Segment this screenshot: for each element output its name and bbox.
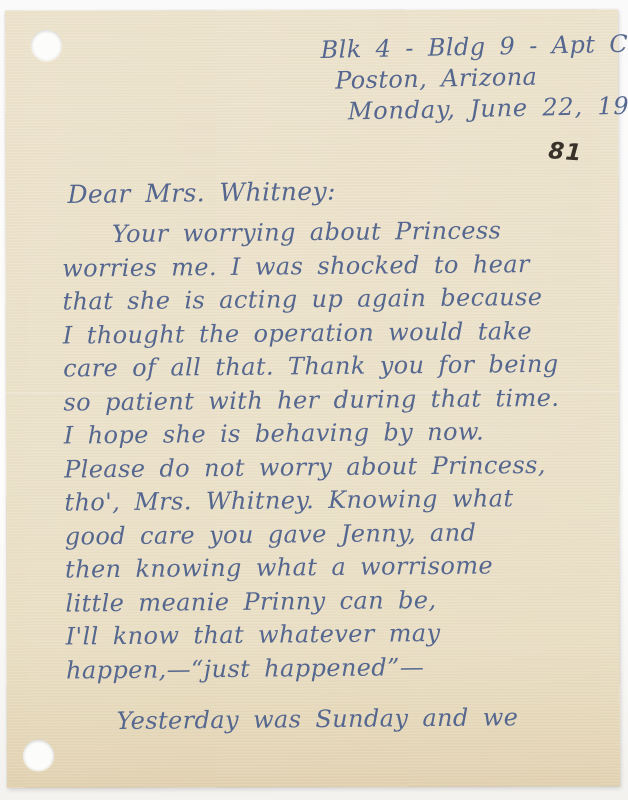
letter-line: good care you gave Jenny, and [65, 515, 610, 554]
scanned-letter-scene: Blk 4 - Bldg 9 - Apt C Poston, Arizona M… [0, 0, 628, 800]
letter-line: Yesterday was Sunday and we [66, 700, 611, 739]
letter-line: tho', Mrs. Whitney. Knowing what [64, 481, 609, 520]
letter-line: so patient with her during that time. [63, 381, 608, 420]
letter-line: little meanie Prinny can be, [65, 582, 610, 621]
date-line: Monday, June 22, 1942 [322, 90, 628, 128]
paper-sheet: Blk 4 - Bldg 9 - Apt C Poston, Arizona M… [5, 9, 620, 788]
letter-header: Blk 4 - Bldg 9 - Apt C Poston, Arizona M… [320, 28, 628, 128]
punch-hole-top [31, 30, 62, 61]
letter-line: Your worrying about Princess [62, 213, 607, 252]
letter-line: I hope she is behaving by now. [64, 414, 609, 453]
letter-line: I'll know that whatever may [66, 615, 611, 654]
punch-hole-bottom [23, 740, 54, 771]
letter-line: I thought the operation would take [63, 314, 608, 353]
letter-line: Please do not worry about Princess, [64, 448, 609, 487]
letter-line: worries me. I was shocked to hear [62, 247, 607, 286]
letter-body: Your worrying about Princess worries me.… [62, 213, 612, 739]
letter-line: that she is acting up again because [62, 280, 607, 319]
page-number: 81 [548, 138, 584, 166]
letter-line: care of all that. Thank you for being [63, 347, 608, 386]
salutation: Dear Mrs. Whitney: [67, 177, 336, 210]
letter-line: happen,—“just happened”— [66, 649, 611, 688]
letter-line: then knowing what a worrisome [65, 548, 610, 587]
address-line: Blk 4 - Bldg 9 - Apt C [320, 28, 628, 66]
